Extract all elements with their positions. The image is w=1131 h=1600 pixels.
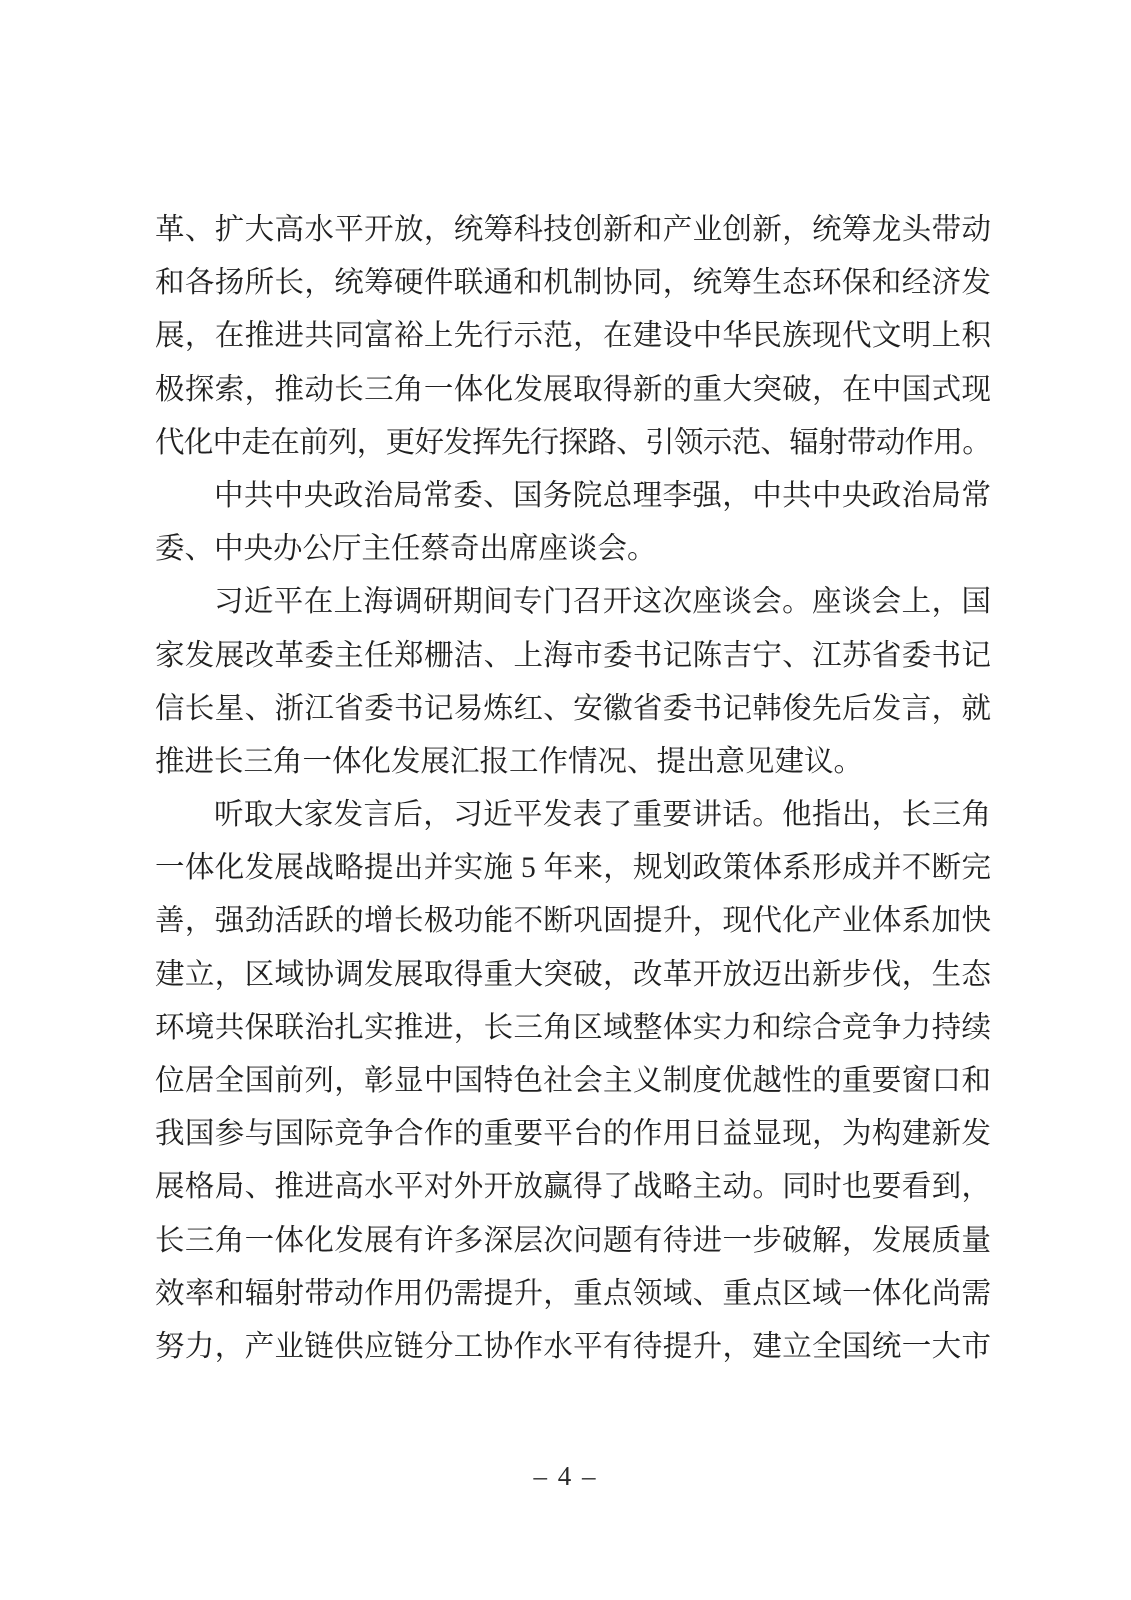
text-line: 努力，产业链供应链分工协作水平有待提升，建立全国统一大市 bbox=[155, 1321, 991, 1374]
text-line: 环境共保联治扎实推进，长三角区域整体实力和综合竞争力持续 bbox=[155, 1002, 991, 1055]
text-line: 推进长三角一体化发展汇报工作情况、提出意见建议。 bbox=[155, 736, 991, 789]
text-line: 我国参与国际竞争合作的重要平台的作用日益显现，为构建新发 bbox=[155, 1108, 991, 1161]
text-line: 和各扬所长，统筹硬件联通和机制协同，统筹生态环保和经济发 bbox=[155, 257, 991, 310]
document-page: 革、扩大高水平开放，统筹科技创新和产业创新，统筹龙头带动 和各扬所长，统筹硬件联… bbox=[0, 0, 1131, 1600]
text-line: 长三角一体化发展有许多深层次问题有待进一步破解，发展质量 bbox=[155, 1215, 991, 1268]
text-line: 中共中央政治局常委、国务院总理李强，中共中央政治局常 bbox=[155, 470, 991, 523]
text-line: 展，在推进共同富裕上先行示范，在建设中华民族现代文明上积 bbox=[155, 310, 991, 363]
text-line: 一体化发展战略提出并实施 5 年来，规划政策体系形成并不断完 bbox=[155, 842, 991, 895]
text-line: 位居全国前列，彰显中国特色社会主义制度优越性的重要窗口和 bbox=[155, 1055, 991, 1108]
text-line: 委、中央办公厅主任蔡奇出席座谈会。 bbox=[155, 523, 991, 576]
text-line: 听取大家发言后，习近平发表了重要讲话。他指出，长三角 bbox=[155, 789, 991, 842]
text-line: 家发展改革委主任郑栅洁、上海市委书记陈吉宁、江苏省委书记 bbox=[155, 630, 991, 683]
text-line: 建立，区域协调发展取得重大突破，改革开放迈出新步伐，生态 bbox=[155, 949, 991, 1002]
text-line: 信长星、浙江省委书记易炼红、安徽省委书记韩俊先后发言，就 bbox=[155, 683, 991, 736]
text-block: 革、扩大高水平开放，统筹科技创新和产业创新，统筹龙头带动 和各扬所长，统筹硬件联… bbox=[155, 204, 991, 1374]
text-line: 习近平在上海调研期间专门召开这次座谈会。座谈会上，国 bbox=[155, 576, 991, 629]
text-line: 代化中走在前列，更好发挥先行探路、引领示范、辐射带动作用。 bbox=[155, 417, 991, 470]
text-line: 善，强劲活跃的增长极功能不断巩固提升，现代化产业体系加快 bbox=[155, 895, 991, 948]
text-line: 展格局、推进高水平对外开放赢得了战略主动。同时也要看到， bbox=[155, 1161, 991, 1214]
page-number: – 4 – bbox=[0, 1458, 1131, 1494]
text-line: 革、扩大高水平开放，统筹科技创新和产业创新，统筹龙头带动 bbox=[155, 204, 991, 257]
text-line: 极探索，推动长三角一体化发展取得新的重大突破，在中国式现 bbox=[155, 364, 991, 417]
text-line: 效率和辐射带动作用仍需提升，重点领域、重点区域一体化尚需 bbox=[155, 1268, 991, 1321]
